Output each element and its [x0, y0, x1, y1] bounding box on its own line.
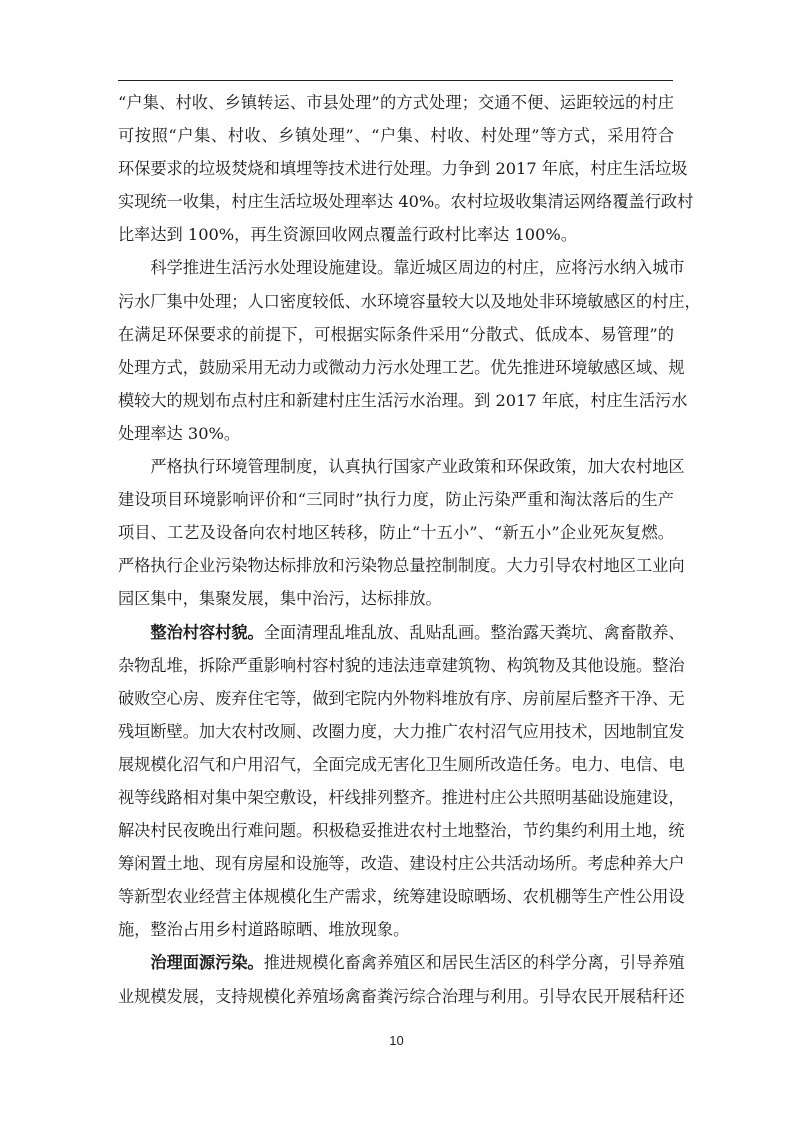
text-line: 处理方式，鼓励采用无动力或微动力污水处理工艺。优先推进环境敏感区域、规: [118, 351, 674, 384]
text-line: 严格执行环境管理制度，认真执行国家产业政策和环保政策，加大农村地区: [118, 450, 674, 483]
text-line: 在满足环保要求的前提下，可根据实际条件采用“分散式、低成本、易管理”的: [118, 318, 674, 351]
text-line: 治理面源污染。推进规模化畜禽养殖区和居民生活区的科学分离，引导养殖: [118, 946, 674, 979]
text-line: 视等线路相对集中架空敷设，杆线排列整齐。推进村庄公共照明基础设施建设，: [118, 781, 674, 814]
text-run: 全面清理乱堆乱放、乱贴乱画。整治露天粪坑、禽畜散养、: [264, 623, 685, 642]
text-line: 项目、工艺及设备向农村地区转移，防止“十五小”、“新五小”企业死灰复燃。: [118, 516, 674, 549]
text-line: 展规模化沼气和户用沼气，全面完成无害化卫生厕所改造任务。电力、电信、电: [118, 748, 674, 781]
text-line: 污水厂集中处理；人口密度较低、水环境容量较大以及地处非环境敏感区的村庄，: [118, 285, 674, 318]
text-line: 处理率达 30%。: [118, 417, 674, 450]
text-line: 整治村容村貌。全面清理乱堆乱放、乱贴乱画。整治露天粪坑、禽畜散养、: [118, 616, 674, 649]
document-page: “户集、村收、乡镇转运、市县处理”的方式处理；交通不便、运距较远的村庄 可按照“…: [0, 0, 793, 1122]
text-line: 实现统一收集，村庄生活垃圾处理率达 40%。农村垃圾收集清运网络覆盖行政村: [118, 185, 674, 218]
text-line: 园区集中，集聚发展，集中治污，达标排放。: [118, 582, 674, 615]
section-heading-village-appearance: 整治村容村貌。: [150, 623, 263, 642]
text-line: 业规模发展，支持规模化养殖场禽畜粪污综合治理与利用。引导农民开展秸秆还: [118, 980, 674, 1013]
text-line: 筹闲置土地、现有房屋和设施等，改造、建设村庄公共活动场所。考虑种养大户: [118, 847, 674, 880]
paragraph-waste-treatment: “户集、村收、乡镇转运、市县处理”的方式处理；交通不便、运距较远的村庄 可按照“…: [118, 86, 674, 251]
text-line: 解决村民夜晚出行难问题。积极稳妥推进农村土地整治，节约集约利用土地，统: [118, 814, 674, 847]
text-line: 施，整治占用乡村道路晾晒、堆放现象。: [118, 913, 674, 946]
text-line: 科学推进生活污水处理设施建设。靠近城区周边的村庄，应将污水纳入城市: [118, 251, 674, 284]
document-body: “户集、村收、乡镇转运、市县处理”的方式处理；交通不便、运距较远的村庄 可按照“…: [118, 86, 674, 1013]
paragraph-nonpoint-pollution: 治理面源污染。推进规模化畜禽养殖区和居民生活区的科学分离，引导养殖 业规模发展，…: [118, 946, 674, 1012]
text-line: 等新型农业经营主体规模化生产需求，统筹建设晾晒场、农机棚等生产性公用设: [118, 880, 674, 913]
text-line: 残垣断壁。加大农村改厕、改圈力度，大力推广农村沼气应用技术，因地制宜发: [118, 715, 674, 748]
text-line: 可按照“户集、村收、乡镇处理”、“户集、村收、村处理”等方式，采用符合: [118, 119, 674, 152]
text-line: 建设项目环境影响评价和“三同时”执行力度，防止污染严重和淘汰落后的生产: [118, 483, 674, 516]
text-line: 破败空心房、废弃住宅等，做到宅院内外物料堆放有序、房前屋后整齐干净、无: [118, 682, 674, 715]
text-run: 推进规模化畜禽养殖区和居民生活区的科学分离，引导养殖: [264, 953, 685, 972]
header-rule: [118, 80, 673, 81]
text-line: 环保要求的垃圾焚烧和填埋等技术进行处理。力争到 2017 年底，村庄生活垃圾: [118, 152, 674, 185]
paragraph-village-appearance: 整治村容村貌。全面清理乱堆乱放、乱贴乱画。整治露天粪坑、禽畜散养、 杂物乱堆，拆…: [118, 616, 674, 947]
text-line: 杂物乱堆，拆除严重影响村容村貌的违法违章建筑物、构筑物及其他设施。整治: [118, 649, 674, 682]
page-number: 10: [0, 1033, 793, 1048]
paragraph-sewage-treatment: 科学推进生活污水处理设施建设。靠近城区周边的村庄，应将污水纳入城市 污水厂集中处…: [118, 251, 674, 450]
text-line: 比率达到 100%，再生资源回收网点覆盖行政村比率达 100%。: [118, 218, 674, 251]
paragraph-environmental-management: 严格执行环境管理制度，认真执行国家产业政策和环保政策，加大农村地区 建设项目环境…: [118, 450, 674, 615]
text-line: 严格执行企业污染物达标排放和污染物总量控制制度。大力引导农村地区工业向: [118, 549, 674, 582]
text-line: “户集、村收、乡镇转运、市县处理”的方式处理；交通不便、运距较远的村庄: [118, 86, 674, 119]
text-line: 模较大的规划布点村庄和新建村庄生活污水治理。到 2017 年底，村庄生活污水: [118, 384, 674, 417]
section-heading-nonpoint-pollution: 治理面源污染。: [150, 953, 263, 972]
